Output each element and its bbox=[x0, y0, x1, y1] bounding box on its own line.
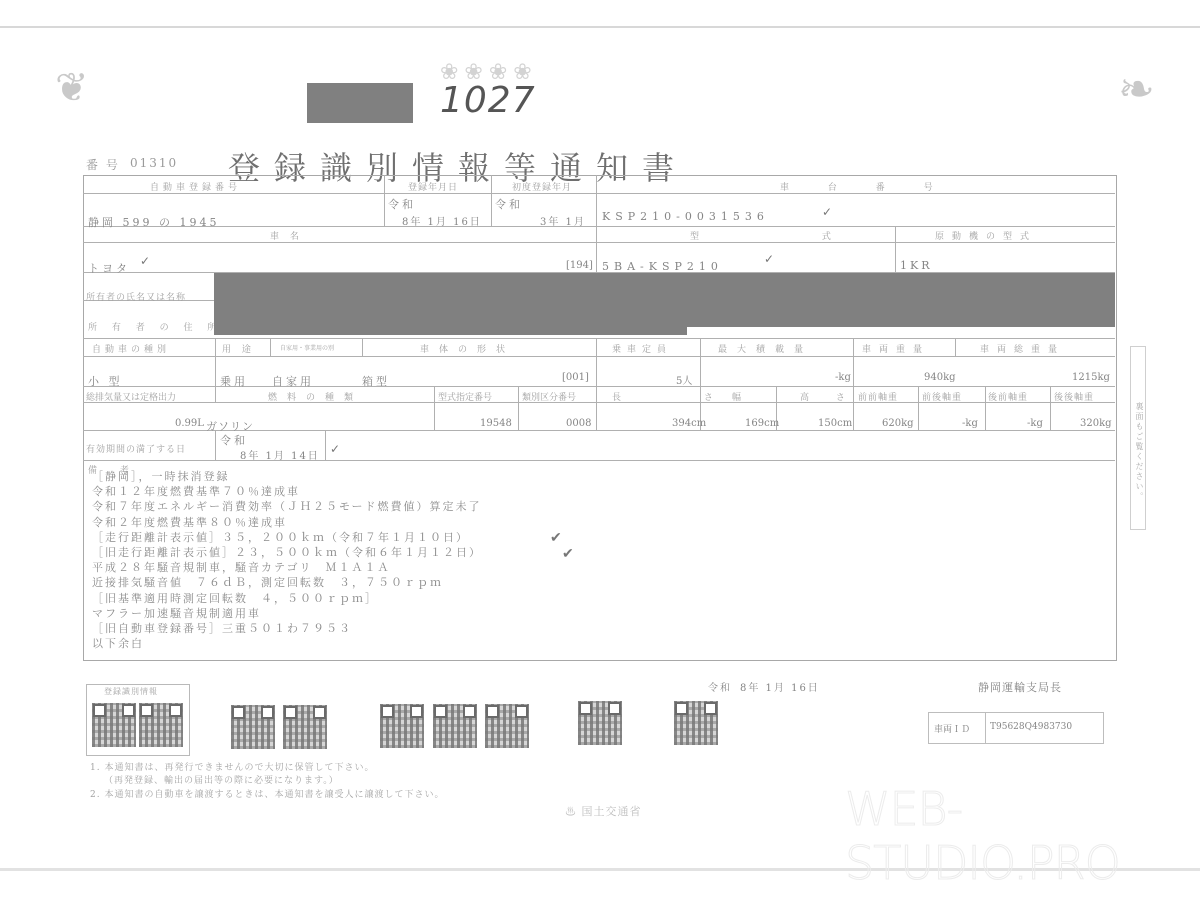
engine-label: 原動機の型式 bbox=[935, 229, 1037, 242]
serial-number: 01310 bbox=[130, 156, 178, 170]
type-designation-label: 型式指定番号 bbox=[438, 390, 492, 403]
model-value: 5BA-KSP210 bbox=[602, 260, 723, 273]
scan-top-edge bbox=[0, 26, 1200, 28]
rf-axle-label: 後前軸重 bbox=[988, 390, 1028, 403]
car-name-label: 車 名 bbox=[270, 229, 303, 242]
capacity-value: 5人 bbox=[676, 372, 692, 387]
owner-address-label: 所 有 者 の 住 所 bbox=[88, 320, 222, 333]
qr-code-icon bbox=[283, 705, 327, 749]
check-mark-icon: ✔ bbox=[562, 546, 574, 562]
capacity-label: 乗車定員 bbox=[612, 342, 672, 355]
ornament-left-icon: ❦ bbox=[55, 68, 89, 108]
weight-value: 940kg bbox=[924, 372, 956, 383]
type-designation-value: 19548 bbox=[480, 418, 512, 429]
max-load-value: -kg bbox=[835, 372, 851, 383]
reg-date-label: 登録年月日 bbox=[408, 180, 458, 193]
width-value: 169cm bbox=[745, 418, 779, 429]
height-label: 高 さ bbox=[800, 390, 857, 403]
rf-axle-value: -kg bbox=[1027, 418, 1043, 429]
reg-date-era: 令和 bbox=[388, 196, 416, 212]
weight-label: 車両重量 bbox=[862, 342, 930, 355]
displacement-value: 0.99L bbox=[175, 418, 204, 429]
qr-code-icon bbox=[92, 703, 136, 747]
redacted-owner-address-2 bbox=[687, 299, 1115, 327]
first-reg-value: 3年 1月 bbox=[540, 213, 586, 228]
qr-code-icon bbox=[231, 705, 275, 749]
check-mark-icon: ✔ bbox=[550, 530, 562, 546]
ff-axle-value: 620kg bbox=[882, 418, 914, 429]
remarks-line: ［旧走行距離計表示値］２３，５００ｋｍ（令和６年１月１２日） bbox=[92, 545, 482, 560]
ff-axle-label: 前前軸重 bbox=[858, 390, 898, 403]
check-mark-icon: ✓ bbox=[330, 442, 340, 456]
expiry-label: 有効期間の満了する日 bbox=[86, 442, 186, 455]
redacted-box-top bbox=[307, 83, 413, 123]
note-line-3: 2. 本通知書の自動車を譲渡するときは、本通知書を譲受人に譲渡して下さい。 bbox=[90, 787, 444, 800]
reg-no-label: 自動車登録番号 bbox=[150, 180, 241, 193]
rr-axle-value: 320kg bbox=[1080, 418, 1112, 429]
use-value: 乗用 bbox=[220, 373, 248, 389]
remarks-line: 以下余白 bbox=[92, 636, 482, 651]
remarks-line: 近接排気騒音値 ７６ｄＢ，測定回転数 ３，７５０ｒｐｍ bbox=[92, 575, 482, 590]
owner-name-label: 所有者の氏名又は名称 bbox=[86, 290, 186, 303]
ornament-right-icon: ❧ bbox=[1118, 68, 1155, 112]
vehicle-type-value: 小 型 bbox=[88, 373, 123, 389]
vehicle-id-value: T95628Q4983730 bbox=[990, 722, 1072, 732]
ministry-emblem-icon: ♨ bbox=[565, 805, 577, 818]
chassis-value: KSP210-0031536 bbox=[602, 210, 769, 223]
qr-code-icon bbox=[485, 704, 529, 748]
vehicle-type-label: 自動車の種別 bbox=[92, 342, 170, 355]
qr-code-icon bbox=[578, 701, 622, 745]
fuel-label: 燃料の種類 bbox=[268, 390, 363, 403]
first-reg-era: 令和 bbox=[495, 196, 523, 212]
note-line-1: 1. 本通知書は、再発行できませんので大切に保管して下さい。 bbox=[90, 760, 374, 773]
check-mark-icon: ✓ bbox=[822, 205, 832, 219]
fr-axle-value: -kg bbox=[962, 418, 978, 429]
body-label: 車体の形状 bbox=[420, 342, 515, 355]
private-label: 自家用・事業用の別 bbox=[280, 343, 334, 352]
gross-weight-label: 車両総重量 bbox=[980, 342, 1065, 355]
remarks-line: ［旧自動車登録番号］三重５０１わ７９５３ bbox=[92, 621, 482, 636]
remarks-line: ［旧基準適用時測定回転数 ４，５００ｒｐｍ］ bbox=[92, 591, 482, 606]
max-load-label: 最大積載量 bbox=[718, 342, 813, 355]
model-label: 型 式 bbox=[690, 229, 891, 242]
expiry-era: 令和 bbox=[220, 432, 248, 448]
issuer: 静岡運輸支局長 bbox=[978, 679, 1062, 695]
use-label: 用 途 bbox=[222, 342, 255, 355]
check-mark-icon: ✓ bbox=[140, 254, 150, 268]
ministry-logo: ♨ 国土交通省 bbox=[565, 803, 642, 819]
qr-label: 登録識別情報 bbox=[104, 686, 158, 697]
redacted-owner-address bbox=[214, 299, 687, 335]
engine-value: 1KR bbox=[900, 259, 933, 272]
handwritten-number: 1027 bbox=[440, 80, 536, 121]
fr-axle-label: 前後軸重 bbox=[922, 390, 962, 403]
remarks-line: 令和７年度エネルギー消費効率（ＪＨ２５モード燃費値）算定未了 bbox=[92, 499, 482, 514]
body-value: 箱型 bbox=[362, 373, 390, 389]
check-mark-icon: ✓ bbox=[764, 252, 774, 266]
serial-label: 番 号 bbox=[86, 156, 120, 173]
chassis-label: 車 台 番 号 bbox=[780, 180, 951, 193]
private-value: 自家用 bbox=[272, 373, 314, 389]
rr-axle-label: 後後軸重 bbox=[1054, 390, 1094, 403]
displacement-label: 総排気量又は定格出力 bbox=[86, 390, 176, 403]
remarks-line: マフラー加速騒音規制適用車 bbox=[92, 606, 482, 621]
length-value: 394cm bbox=[672, 418, 706, 429]
side-note: 裏面もご覧ください。 bbox=[1130, 346, 1146, 530]
watermark: WEB-STUDIO.PRO bbox=[845, 782, 1200, 890]
reg-date-value: 8年 1月 16日 bbox=[402, 213, 482, 228]
qr-code-icon bbox=[433, 704, 477, 748]
ministry-name: 国土交通省 bbox=[582, 805, 642, 818]
width-label: 幅 bbox=[732, 390, 745, 403]
remarks-line: 平成２８年騒音規制車，騒音カテゴリ Ｍ１Ａ１Ａ bbox=[92, 560, 482, 575]
note-line-2: （再発登録、輸出の届出等の際に必要になります。） bbox=[104, 773, 339, 786]
qr-code-icon bbox=[139, 703, 183, 747]
redacted-owner-name bbox=[214, 273, 1115, 299]
vehicle-id-label: 車両ＩＤ bbox=[934, 722, 970, 735]
issue-era: 令和 bbox=[708, 679, 732, 694]
expiry-date: 8年 1月 14日 bbox=[240, 447, 320, 462]
first-reg-label: 初度登録年月 bbox=[512, 180, 572, 193]
car-name-value: トヨタ bbox=[88, 260, 130, 276]
qr-code-icon bbox=[380, 704, 424, 748]
gross-weight-value: 1215kg bbox=[1072, 372, 1110, 383]
category-label: 類別区分番号 bbox=[522, 390, 576, 403]
remarks-line: 令和１２年度燃費基準７０％達成車 bbox=[92, 484, 482, 499]
remarks-line: ［走行距離計表示値］３５，２００ｋｍ（令和７年１月１０日） bbox=[92, 530, 482, 545]
category-value: 0008 bbox=[566, 418, 591, 429]
body-code: [001] bbox=[562, 372, 589, 383]
issue-date: 8年 1月 16日 bbox=[740, 679, 820, 694]
height-value: 150cm bbox=[818, 418, 852, 429]
remarks-line: ［静岡］，一時抹消登録 bbox=[92, 469, 482, 484]
qr-code-icon bbox=[674, 701, 718, 745]
reg-no-value: 静岡 599 の 1945 bbox=[88, 214, 219, 230]
remarks-block: ［静岡］，一時抹消登録 令和１２年度燃費基準７０％達成車 令和７年度エネルギー消… bbox=[92, 469, 482, 651]
remarks-line: 令和２年度燃費基準８０％達成車 bbox=[92, 515, 482, 530]
model-code: [194] bbox=[566, 260, 593, 271]
